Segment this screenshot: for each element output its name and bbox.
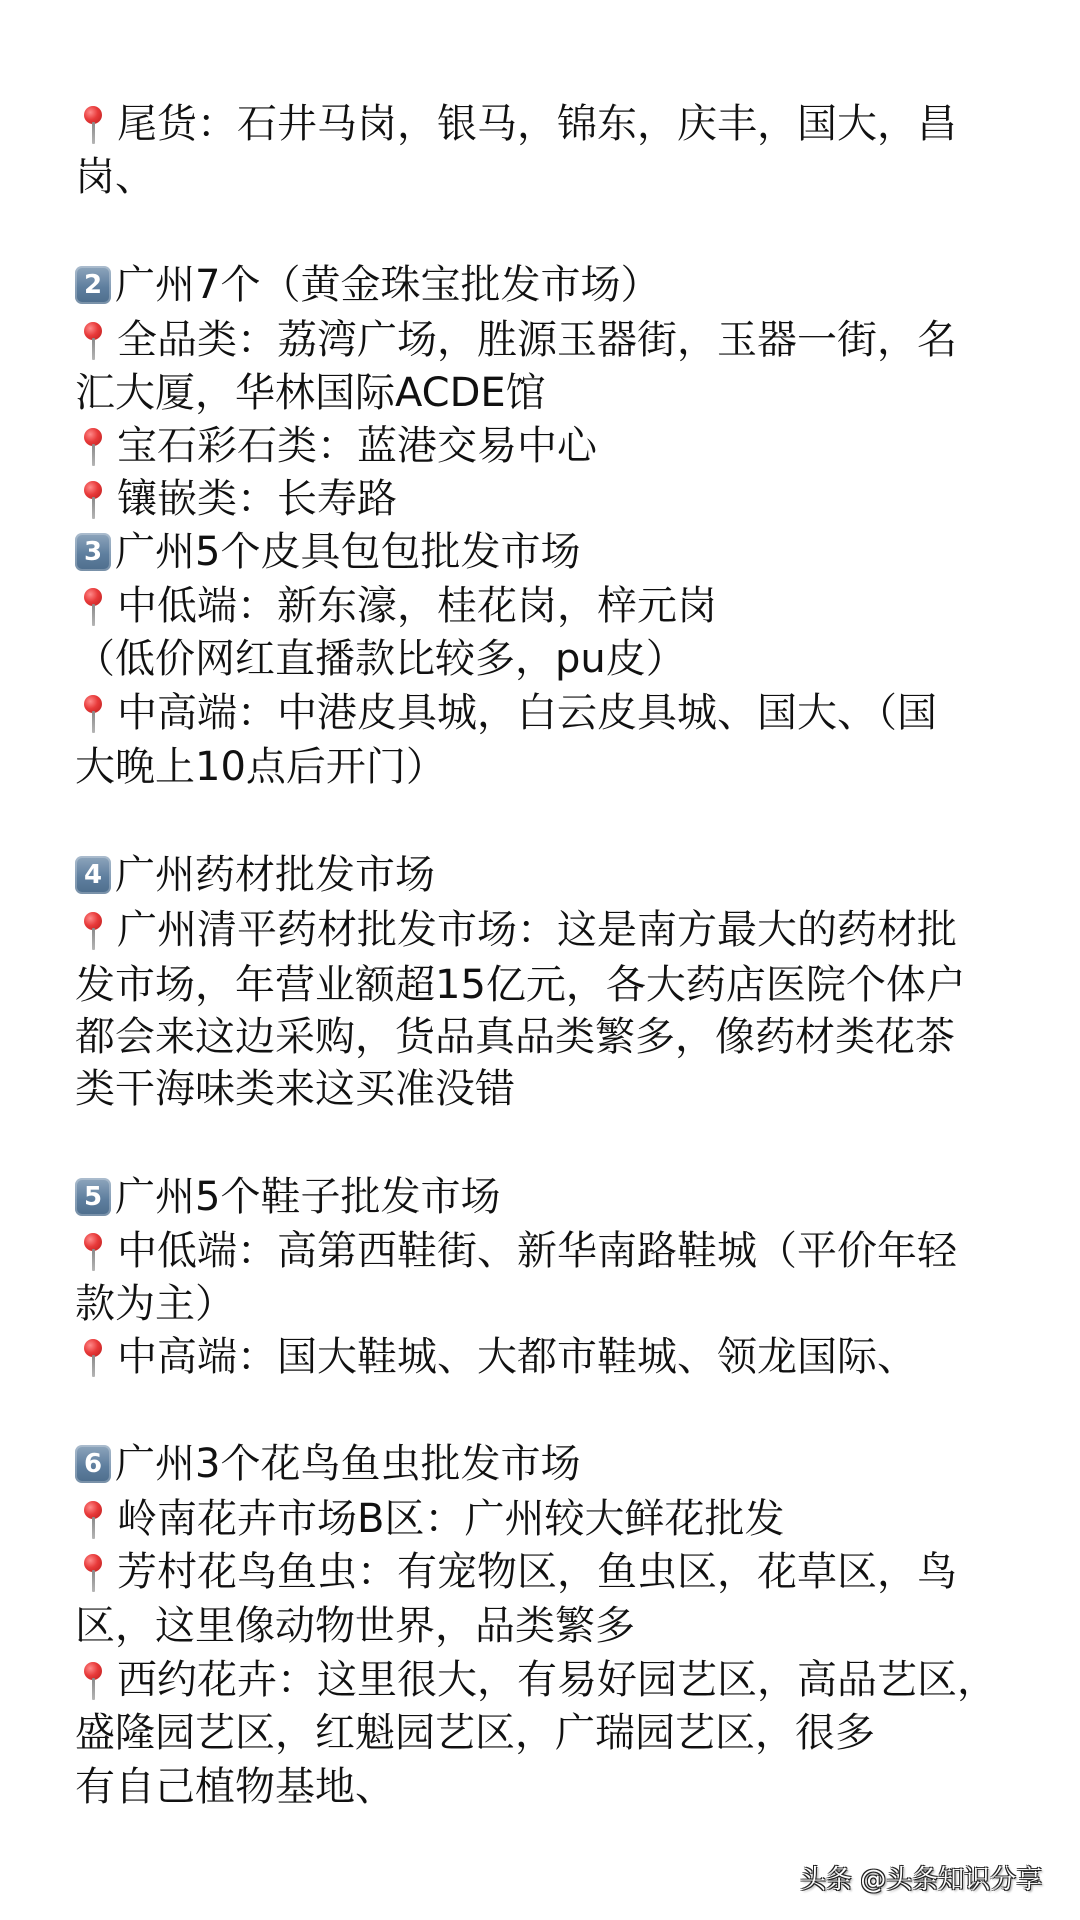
section-heading: 3 广州5个皮具包包批发市场 xyxy=(75,525,580,579)
pin-icon xyxy=(75,1550,115,1594)
section-heading: 5 广州5个鞋子批发市场 xyxy=(75,1170,500,1224)
pin-icon xyxy=(75,477,115,521)
item-text: 尾货：石井马岗，银马，锦东，庆丰，国大，昌 xyxy=(117,97,957,151)
item-text: 中高端：中港皮具城，白云皮具城、国大、（国 xyxy=(117,686,937,740)
heading-text: 广州3个花鸟鱼虫批发市场 xyxy=(115,1437,580,1491)
list-item: 镶嵌类：长寿路 xyxy=(75,472,397,526)
heading-text: 广州药材批发市场 xyxy=(115,848,435,902)
pin-icon xyxy=(75,1497,115,1541)
list-item: 中高端：国大鞋城、大都市鞋城、领龙国际、 xyxy=(75,1330,917,1384)
keycap-2-icon: 2 xyxy=(75,266,111,304)
list-item: 芳村花鸟鱼虫：有宠物区，鱼虫区，花草区，鸟 xyxy=(75,1545,957,1599)
section-heading: 2 广州7个（黄金珠宝批发市场） xyxy=(75,258,660,312)
keycap-4-icon: 4 xyxy=(75,856,111,894)
list-item: 广州清平药材批发市场：这是南方最大的药材批 xyxy=(75,903,957,957)
heading-text: 广州7个（黄金珠宝批发市场） xyxy=(115,258,660,312)
item-text: 汇大厦，华林国际ACDE馆 xyxy=(75,366,546,420)
list-item: 岭南花卉市场B区：广州较大鲜花批发 xyxy=(75,1492,784,1546)
pin-icon xyxy=(75,584,115,628)
list-item: 中低端：新东濠，桂花岗，梓元岗 xyxy=(75,579,717,633)
pin-icon xyxy=(75,1229,115,1273)
item-text: 芳村花鸟鱼虫：有宠物区，鱼虫区，花草区，鸟 xyxy=(117,1545,957,1599)
pin-icon xyxy=(75,102,115,146)
list-item-continuation: 汇大厦，华林国际ACDE馆 xyxy=(75,366,546,420)
pin-icon xyxy=(75,908,115,952)
keycap-3-icon: 3 xyxy=(75,533,111,571)
list-item-continuation: 类干海味类来这买准没错 xyxy=(75,1062,515,1116)
item-text: 大晚上10点后开门） xyxy=(75,740,446,794)
list-item-continuation: 有自己植物基地、 xyxy=(75,1760,395,1814)
heading-text: 广州5个鞋子批发市场 xyxy=(115,1170,500,1224)
list-item: 尾货：石井马岗，银马，锦东，庆丰，国大，昌 xyxy=(75,97,957,151)
item-text: 都会来这边采购，货品真品类繁多，像药材类花茶 xyxy=(75,1010,955,1064)
list-item-continuation: 款为主） xyxy=(75,1277,235,1331)
list-item-continuation: 盛隆园艺区，红魁园艺区，广瑞园艺区，很多 xyxy=(75,1706,875,1760)
keycap-5-icon: 5 xyxy=(75,1178,111,1216)
item-text: 区，这里像动物世界，品类繁多 xyxy=(75,1599,635,1653)
list-item: 宝石彩石类：蓝港交易中心 xyxy=(75,419,597,473)
list-item-continuation: 发市场，年营业额超15亿元，各大药店医院个体户 xyxy=(75,958,966,1012)
item-text: 镶嵌类：长寿路 xyxy=(117,472,397,526)
item-text: 岗、 xyxy=(75,150,155,204)
section-heading: 6 广州3个花鸟鱼虫批发市场 xyxy=(75,1437,580,1491)
item-text: 有自己植物基地、 xyxy=(75,1760,395,1814)
list-item-continuation: 大晚上10点后开门） xyxy=(75,740,446,794)
item-text: （低价网红直播款比较多，pu皮） xyxy=(75,632,686,686)
item-text: 西约花卉：这里很大，有易好园艺区，高品艺区， xyxy=(117,1653,997,1707)
keycap-6-icon: 6 xyxy=(75,1445,111,1483)
list-item: 全品类：荔湾广场，胜源玉器街，玉器一街，名 xyxy=(75,313,957,367)
pin-icon xyxy=(75,318,115,362)
heading-text: 广州5个皮具包包批发市场 xyxy=(115,525,580,579)
list-item-continuation: 都会来这边采购，货品真品类繁多，像药材类花茶 xyxy=(75,1010,955,1064)
item-text: 岭南花卉市场B区：广州较大鲜花批发 xyxy=(117,1492,784,1546)
list-item: 中高端：中港皮具城，白云皮具城、国大、（国 xyxy=(75,686,937,740)
item-text: 宝石彩石类：蓝港交易中心 xyxy=(117,419,597,473)
pin-icon xyxy=(75,691,115,735)
pin-icon xyxy=(75,424,115,468)
list-item: 中低端：高第西鞋街、新华南路鞋城（平价年轻 xyxy=(75,1224,957,1278)
item-text: 盛隆园艺区，红魁园艺区，广瑞园艺区，很多 xyxy=(75,1706,875,1760)
item-text: 中高端：国大鞋城、大都市鞋城、领龙国际、 xyxy=(117,1330,917,1384)
watermark: 头条 @头条知识分享 xyxy=(800,1862,1042,1898)
item-text: 全品类：荔湾广场，胜源玉器街，玉器一街，名 xyxy=(117,313,957,367)
list-item: 西约花卉：这里很大，有易好园艺区，高品艺区， xyxy=(75,1653,997,1707)
list-item-continuation: （低价网红直播款比较多，pu皮） xyxy=(75,632,686,686)
item-text: 款为主） xyxy=(75,1277,235,1331)
section-heading: 4 广州药材批发市场 xyxy=(75,848,435,902)
item-text: 发市场，年营业额超15亿元，各大药店医院个体户 xyxy=(75,958,966,1012)
item-text: 中低端：新东濠，桂花岗，梓元岗 xyxy=(117,579,717,633)
item-text: 中低端：高第西鞋街、新华南路鞋城（平价年轻 xyxy=(117,1224,957,1278)
list-item-continuation: 区，这里像动物世界，品类繁多 xyxy=(75,1599,635,1653)
item-text: 广州清平药材批发市场：这是南方最大的药材批 xyxy=(117,903,957,957)
list-item-continuation: 岗、 xyxy=(75,150,155,204)
pin-icon xyxy=(75,1335,115,1379)
pin-icon xyxy=(75,1658,115,1702)
item-text: 类干海味类来这买准没错 xyxy=(75,1062,515,1116)
